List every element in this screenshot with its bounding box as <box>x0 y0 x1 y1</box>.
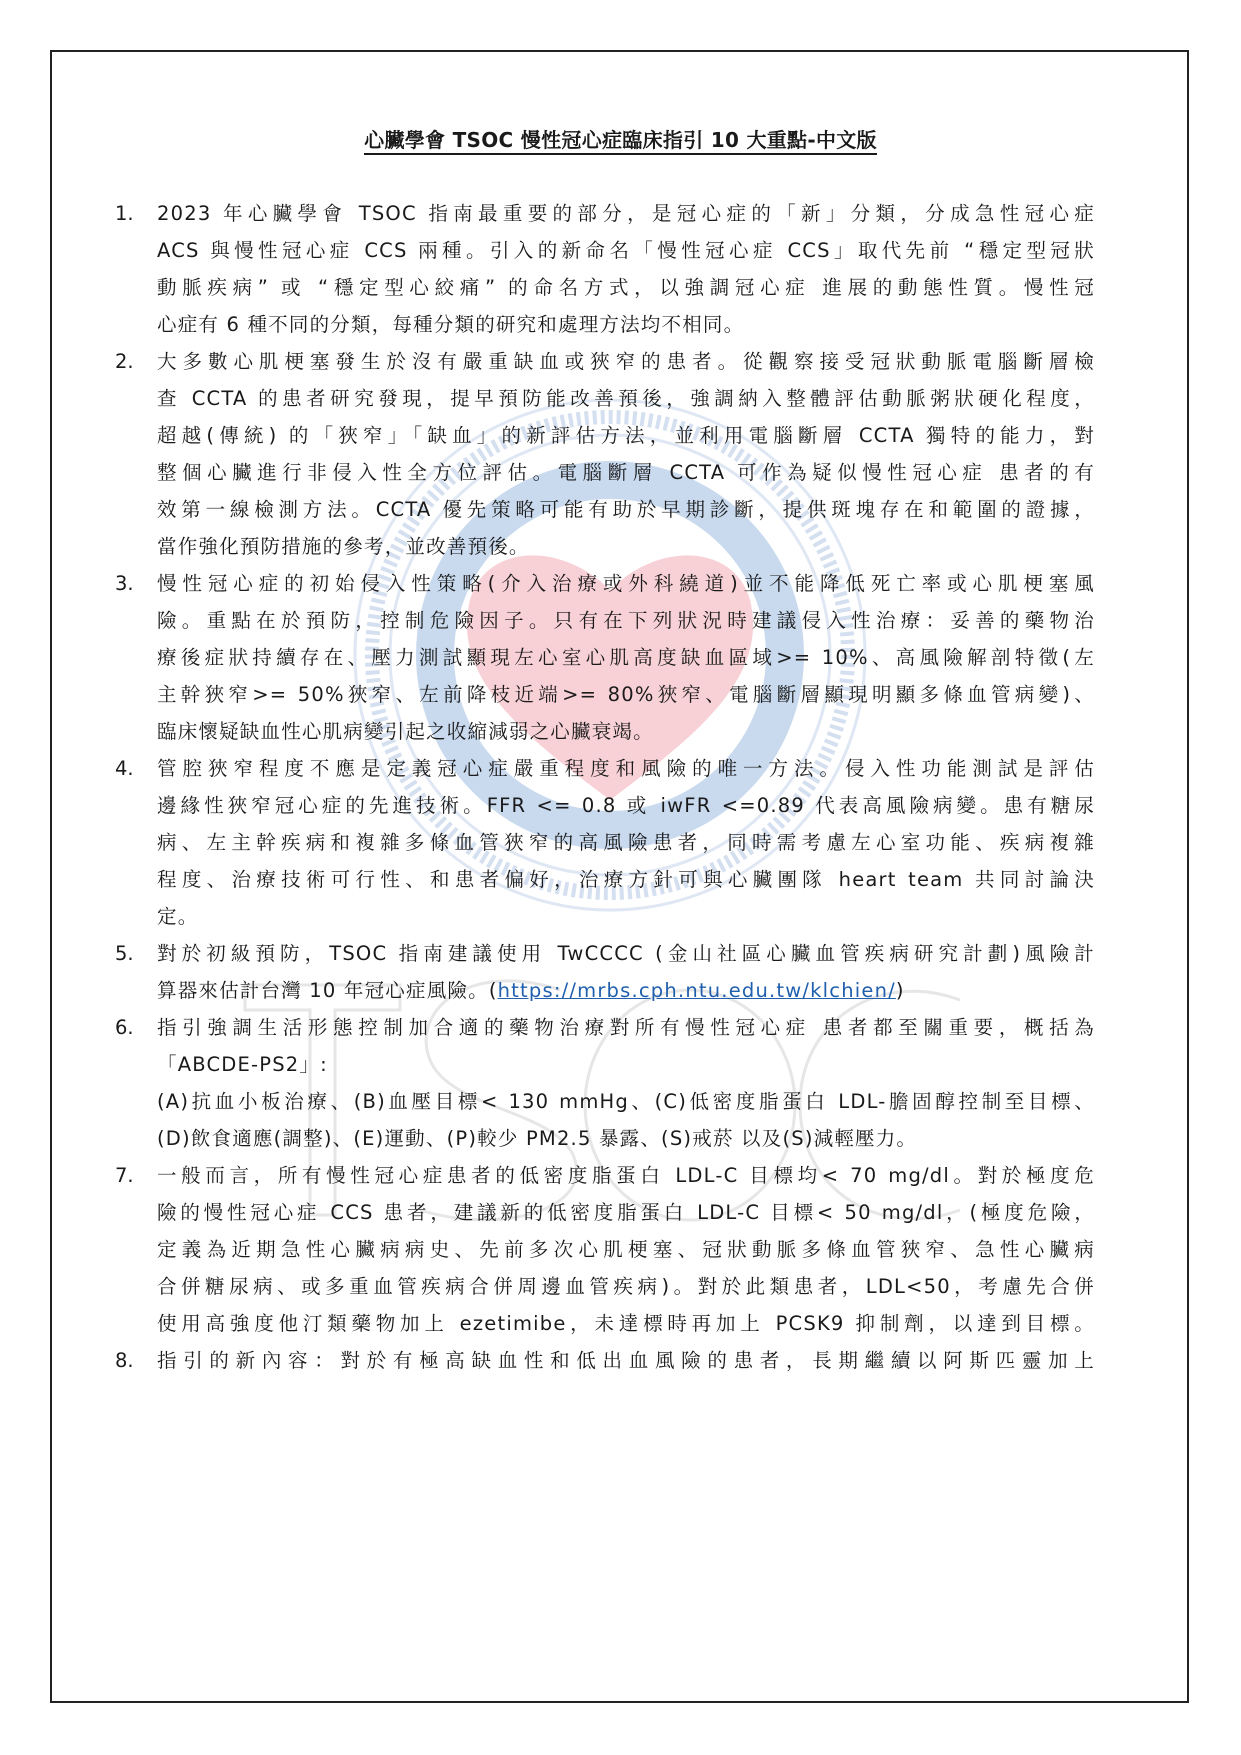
item-number: 6. <box>115 1009 151 1046</box>
item-line: 療後症狀持續存在、壓力測試顯現左心室心肌高度缺血區域>= 10%、高風險解剖特徵… <box>157 639 1095 676</box>
item-line: 定。 <box>157 898 1095 935</box>
item-line: 主幹狹窄>= 50%狹窄、左前降枝近端>= 80%狹窄、電腦斷層顯現明顯多條血管… <box>157 676 1095 713</box>
list-item-4: 4. 管腔狹窄程度不應是定義冠心症嚴重程度和風險的唯一方法。侵入性功能測試是評估… <box>115 750 1095 935</box>
item-line: 整個心臟進行非侵入性全方位評估。電腦斷層 CCTA 可作為疑似慢性冠心症 患者的… <box>157 454 1095 491</box>
document-title: 心臟學會 TSOC 慢性冠心症臨床指引 10 大重點-中文版 <box>0 126 1241 154</box>
item-line: 險的慢性冠心症 CCS 患者，建議新的低密度脂蛋白 LDL-C 目標< 50 m… <box>157 1194 1095 1231</box>
item-line: 效第一線檢測方法。CCTA 優先策略可能有助於早期診斷，提供斑塊存在和範圍的證據… <box>157 491 1095 528</box>
item-number: 7. <box>115 1157 151 1194</box>
item-line: 管腔狹窄程度不應是定義冠心症嚴重程度和風險的唯一方法。侵入性功能測試是評估 <box>157 750 1095 787</box>
item-line: 慢性冠心症的初始侵入性策略(介入治療或外科繞道)並不能降低死亡率或心肌梗塞風 <box>157 565 1095 602</box>
item-line: 指引的新內容：對於有極高缺血性和低出血風險的患者，長期繼續以阿斯匹靈加上 <box>157 1342 1095 1379</box>
item-line: 「ABCDE-PS2」: <box>157 1046 1095 1083</box>
item-line: 邊緣性狹窄冠心症的先進技術。FFR <= 0.8 或 iwFR <=0.89 代… <box>157 787 1095 824</box>
item-line: 查 CCTA 的患者研究發現，提早預防能改善預後，強調納入整體評估動脈粥狀硬化程… <box>157 380 1095 417</box>
item-line: ACS 與慢性冠心症 CCS 兩種。引入的新命名「慢性冠心症 CCS」取代先前 … <box>157 232 1095 269</box>
item-line: 心症有 6 種不同的分類，每種分類的研究和處理方法均不相同。 <box>157 306 1095 343</box>
item-line: 險。重點在於預防，控制危險因子。只有在下列狀況時建議侵入性治療：妥善的藥物治 <box>157 602 1095 639</box>
item-number: 2. <box>115 343 151 380</box>
item-line: 2023 年心臟學會 TSOC 指南最重要的部分，是冠心症的「新」分類，分成急性… <box>157 195 1095 232</box>
item-number: 8. <box>115 1342 151 1379</box>
document-title-text: 心臟學會 TSOC 慢性冠心症臨床指引 10 大重點-中文版 <box>364 128 877 155</box>
list-item-5: 5. 對於初級預防，TSOC 指南建議使用 TwCCCC (金山社區心臟血管疾病… <box>115 935 1095 1009</box>
list-item-3: 3. 慢性冠心症的初始侵入性策略(介入治療或外科繞道)並不能降低死亡率或心肌梗塞… <box>115 565 1095 750</box>
item-line: 動脈疾病” 或 “穩定型心絞痛” 的命名方式，以強調冠心症 進展的動態性質。慢性… <box>157 269 1095 306</box>
link-prefix: ( <box>489 979 498 1002</box>
item-line-text: 算器來估計台灣 10 年冠心症風險。 <box>157 979 489 1002</box>
link-suffix: ) <box>896 979 905 1002</box>
item-line: (A)抗血小板治療、(B)血壓目標< 130 mmHg、(C)低密度脂蛋白 LD… <box>157 1083 1095 1120</box>
list-item-2: 2. 大多數心肌梗塞發生於沒有嚴重缺血或狹窄的患者。從觀察接受冠狀動脈電腦斷層檢… <box>115 343 1095 565</box>
item-line: 對於初級預防，TSOC 指南建議使用 TwCCCC (金山社區心臟血管疾病研究計… <box>157 935 1095 972</box>
item-line: 使用高強度他汀類藥物加上 ezetimibe，未達標時再加上 PCSK9 抑制劑… <box>157 1305 1095 1342</box>
item-line: 當作強化預防措施的參考，並改善預後。 <box>157 528 1095 565</box>
list-item-7: 7. 一般而言，所有慢性冠心症患者的低密度脂蛋白 LDL-C 目標均< 70 m… <box>115 1157 1095 1342</box>
list-item-6: 6. 指引強調生活形態控制加合適的藥物治療對所有慢性冠心症 患者都至關重要，概括… <box>115 1009 1095 1157</box>
item-line: 指引強調生活形態控制加合適的藥物治療對所有慢性冠心症 患者都至關重要，概括為 <box>157 1009 1095 1046</box>
item-line: 臨床懷疑缺血性心肌病變引起之收縮減弱之心臟衰竭。 <box>157 713 1095 750</box>
item-number: 4. <box>115 750 151 787</box>
item-line: 定義為近期急性心臟病病史、先前多次心肌梗塞、冠狀動脈多條血管狹窄、急性心臟病 <box>157 1231 1095 1268</box>
item-line: 程度、治療技術可行性、和患者偏好，治療方針可與心臟團隊 heart team 共… <box>157 861 1095 898</box>
item-line: 病、左主幹疾病和複雜多條血管狹窄的高風險患者，同時需考慮左心室功能、疾病複雜 <box>157 824 1095 861</box>
item-line: 大多數心肌梗塞發生於沒有嚴重缺血或狹窄的患者。從觀察接受冠狀動脈電腦斷層檢 <box>157 343 1095 380</box>
item-line: 合併糖尿病、或多重血管疾病合併周邊血管疾病)。對於此類患者，LDL<50，考慮先… <box>157 1268 1095 1305</box>
list-item-8: 8. 指引的新內容：對於有極高缺血性和低出血風險的患者，長期繼續以阿斯匹靈加上 <box>115 1342 1095 1379</box>
item-number: 1. <box>115 195 151 232</box>
key-points-list: 1. 2023 年心臟學會 TSOC 指南最重要的部分，是冠心症的「新」分類，分… <box>115 195 1095 1379</box>
twcccc-calculator-link[interactable]: https://mrbs.cph.ntu.edu.tw/klchien/ <box>498 979 896 1002</box>
item-line: 一般而言，所有慢性冠心症患者的低密度脂蛋白 LDL-C 目標均< 70 mg/d… <box>157 1157 1095 1194</box>
item-number: 5. <box>115 935 151 972</box>
list-item-1: 1. 2023 年心臟學會 TSOC 指南最重要的部分，是冠心症的「新」分類，分… <box>115 195 1095 343</box>
item-line: (D)飲食適應(調整)、(E)運動、(P)較少 PM2.5 暴露、(S)戒菸 以… <box>157 1120 1095 1157</box>
item-number: 3. <box>115 565 151 602</box>
item-line: 超越(傳統) 的「狹窄」「缺血」的新評估方法，並利用電腦斷層 CCTA 獨特的能… <box>157 417 1095 454</box>
item-line: 算器來估計台灣 10 年冠心症風險。(https://mrbs.cph.ntu.… <box>157 972 1095 1009</box>
